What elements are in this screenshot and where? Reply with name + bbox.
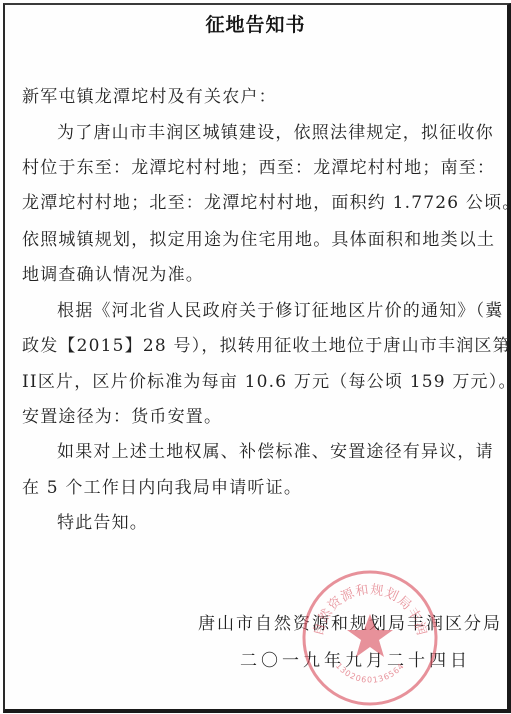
paragraph-line: 如果对上述土地权属、补偿标准、安置途径有异议，请 [57,442,492,462]
paragraph-line: 依照城镇规划，拟定用途为住宅用地。具体面积和地类以土 [22,230,492,250]
paragraph-line: 龙潭坨村村地；北至：龙潭坨村村地，面积约 1.7726 公顷。 [22,193,492,213]
paragraph-line: 安置途径为：货币安置。 [22,407,492,427]
paragraph-line: 为了唐山市丰润区城镇建设，依照法律规定，拟征收你 [57,123,492,143]
closing-line: 特此告知。 [57,513,492,533]
seal-code: 1302060136564 [334,661,406,684]
paragraph-line: 根据《河北省人民政府关于修订征地区片价的通知》（冀 [57,301,492,321]
salutation: 新军屯镇龙潭坨村及有关农户： [22,87,492,107]
document-title: 征地告知书 [0,10,511,37]
svg-text:1302060136564: 1302060136564 [334,661,406,684]
paragraph-line: 政发【2015】28 号），拟转用征收土地位于唐山市丰润区第 [22,336,492,356]
paragraph-line: 村位于东至：龙潭坨村村地；西至：龙潭坨村村地；南至： [22,158,492,178]
paragraph-line: II区片，区片价标准为每亩 10.6 万元（每公顷 159 万元）。 [22,372,492,392]
official-seal: 唐山市自然资源和规划局丰润区分局 1302060136564 [300,568,440,708]
paragraph-line: 地调查确认情况为准。 [22,265,492,285]
seal-arc-text: 唐山市自然资源和规划局丰润区分局 [300,568,429,638]
seal-icon: 唐山市自然资源和规划局丰润区分局 1302060136564 [300,568,440,708]
svg-text:唐山市自然资源和规划局丰润区分局: 唐山市自然资源和规划局丰润区分局 [300,568,429,638]
paragraph-line: 在 5 个工作日内向我局申请听证。 [22,478,492,498]
